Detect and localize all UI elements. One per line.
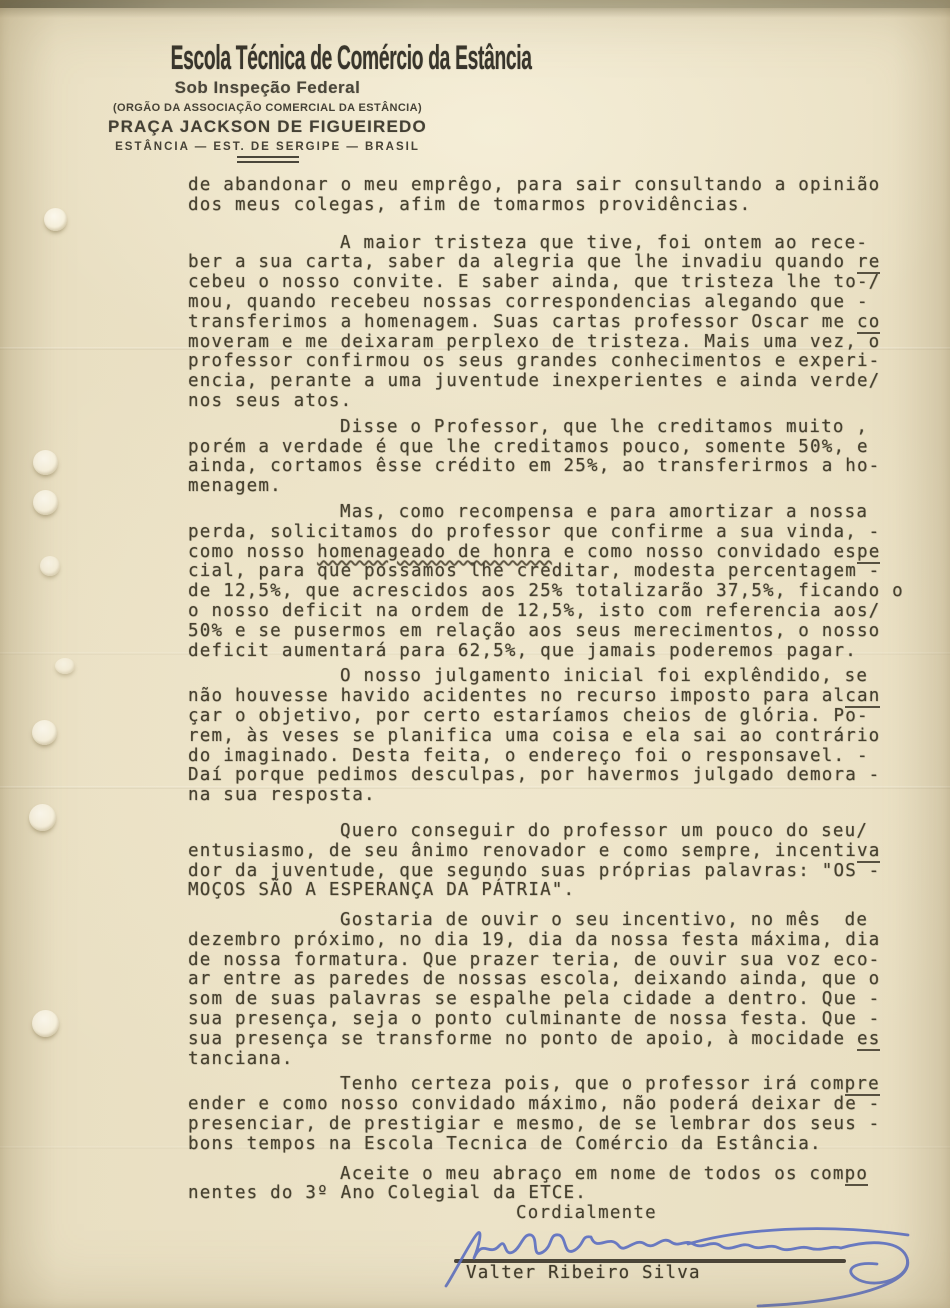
typed-line: nos seus atos.	[188, 392, 918, 412]
typed-line: entusiasmo, de seu ânimo renovador e com…	[188, 842, 918, 862]
typed-line: deficit aumentará para 62,5%, que jamais…	[188, 642, 918, 662]
address-line: PRAÇA JACKSON DE FIGUEIREDO	[60, 117, 475, 137]
punch-hole	[33, 490, 58, 515]
closing-salutation: Cordialmente	[516, 1203, 657, 1223]
typed-line: Quero conseguir do professor um pouco do…	[188, 822, 918, 842]
typed-line: de abandonar o meu emprêgo, para sair co…	[188, 176, 918, 196]
typed-line: de 12,5%, que acrescidos aos 25% totaliz…	[188, 582, 918, 602]
punch-hole	[32, 720, 57, 745]
typed-line: moveram e me deixaram perplexo de triste…	[188, 333, 918, 353]
typed-line: dos meus colegas, afim de tomarmos provi…	[188, 196, 918, 216]
inspection-line: Sob Inspeção Federal	[60, 78, 475, 98]
typed-line: na sua resposta.	[188, 786, 918, 806]
typed-paragraph: Gostaria de ouvir o seu incentivo, no mê…	[188, 911, 918, 1069]
typed-line: como nosso homenageado de honra e como n…	[188, 543, 918, 563]
punch-hole	[44, 208, 67, 231]
typed-paragraph: A maior tristeza que tive, foi ontem ao …	[188, 234, 918, 412]
typed-paragraph: Disse o Professor, que lhe creditamos mu…	[188, 418, 918, 497]
typed-line: ar entre as paredes de nossas escola, de…	[188, 970, 918, 990]
typed-line: som de suas palavras se espalhe pela cid…	[188, 990, 918, 1010]
typed-line: de nossa formatura. Que prazer teria, de…	[188, 951, 918, 971]
typed-line: cial, para que possamos lhe creditar, mo…	[188, 562, 918, 582]
typed-line: do imaginado. Desta feita, o endereço fo…	[188, 747, 918, 767]
scan-top-edge-shadow	[0, 8, 950, 18]
typed-line: ainda, cortamos êsse crédito em 25%, ao …	[188, 457, 918, 477]
typed-line: nentes do 3º Ano Colegial da ETCE.	[188, 1184, 918, 1204]
typed-line: o nosso deficit na ordem de 12,5%, isto …	[188, 602, 918, 622]
typed-line: encia, perante a uma juventude inexperie…	[188, 372, 918, 392]
typed-line: transferimos a homenagem. Suas cartas pr…	[188, 313, 918, 333]
typed-line: ender e como nosso convidado máximo, não…	[188, 1095, 918, 1115]
typed-line: MOÇOS SÃO A ESPERANÇA DA PÁTRIA".	[188, 881, 918, 901]
typed-line: Daí porque pedimos desculpas, por haverm…	[188, 766, 918, 786]
scan-top-edge	[0, 0, 950, 8]
typed-paragraph: Aceite o meu abraço em nome de todos os …	[188, 1165, 918, 1205]
typed-line: professor confirmou os seus grandes conh…	[188, 352, 918, 372]
typed-line: Gostaria de ouvir o seu incentivo, no mê…	[188, 911, 918, 931]
typed-paragraph: O nosso julgamento inicial foi explêndid…	[188, 667, 918, 806]
typed-line: tanciana.	[188, 1050, 918, 1070]
typed-line: perda, solicitamos do professor que conf…	[188, 523, 918, 543]
typed-line: porém a verdade é que lhe creditamos pou…	[188, 438, 918, 458]
typed-line: O nosso julgamento inicial foi explêndid…	[188, 667, 918, 687]
typed-line: sua presença se transforme no ponto de a…	[188, 1030, 918, 1050]
typed-line: mou, quando recebeu nossas correspondenc…	[188, 293, 918, 313]
typed-line: çar o objetivo, por certo estaríamos che…	[188, 707, 918, 727]
typed-paragraph: de abandonar o meu emprêgo, para sair co…	[188, 176, 918, 216]
typed-line: sua presença, seja o ponto culminante de…	[188, 1010, 918, 1030]
typed-line: Mas, como recompensa e para amortizar a …	[188, 503, 918, 523]
punch-hole	[33, 450, 58, 475]
typed-line: Tenho certeza pois, que o professor irá …	[188, 1075, 918, 1095]
punch-hole	[32, 1010, 59, 1037]
letterhead: Escola Técnica de Comércio da Estância S…	[60, 40, 475, 163]
punch-hole	[55, 658, 75, 674]
typed-paragraph: Quero conseguir do professor um pouco do…	[188, 822, 918, 901]
typed-line: A maior tristeza que tive, foi ontem ao …	[188, 234, 918, 254]
typed-paragraph: Tenho certeza pois, que o professor irá …	[188, 1075, 918, 1154]
punch-hole	[40, 556, 60, 576]
typed-line: Disse o Professor, que lhe creditamos mu…	[188, 418, 918, 438]
signature-name: Valter Ribeiro Silva	[466, 1263, 701, 1283]
punch-hole	[29, 804, 56, 831]
typed-line: 50% e se pusermos em relação aos seus me…	[188, 622, 918, 642]
typed-line: dezembro próximo, no dia 19, dia da noss…	[188, 931, 918, 951]
typed-line: dor da juventude, que segundo suas própr…	[188, 862, 918, 882]
letter-body: de abandonar o meu emprêgo, para sair co…	[188, 176, 918, 1204]
typed-line: cebeu o nosso convite. E saber ainda, qu…	[188, 273, 918, 293]
typed-line: presenciar, de prestigiar e mesmo, de se…	[188, 1115, 918, 1135]
typed-line: ber a sua carta, saber da alegria que lh…	[188, 253, 918, 273]
typed-line: não houvesse havido acidentes no recurso…	[188, 687, 918, 707]
double-rule	[237, 156, 299, 163]
typed-line: rem, às veses se planifica uma coisa e e…	[188, 727, 918, 747]
location-line: ESTÂNCIA — EST. DE SERGIPE — BRASIL	[60, 141, 475, 153]
org-line: (ORGÃO DA ASSOCIAÇÃO COMERCIAL DA ESTÂNC…	[60, 102, 475, 114]
typed-line: bons tempos na Escola Tecnica de Comérci…	[188, 1135, 918, 1155]
typed-paragraph: Mas, como recompensa e para amortizar a …	[188, 503, 918, 661]
scanned-letter-page: Escola Técnica de Comércio da Estância S…	[0, 0, 950, 1308]
typed-line: Aceite o meu abraço em nome de todos os …	[188, 1165, 918, 1185]
typed-line: menagem.	[188, 477, 918, 497]
school-name: Escola Técnica de Comércio da Estância	[60, 40, 475, 76]
